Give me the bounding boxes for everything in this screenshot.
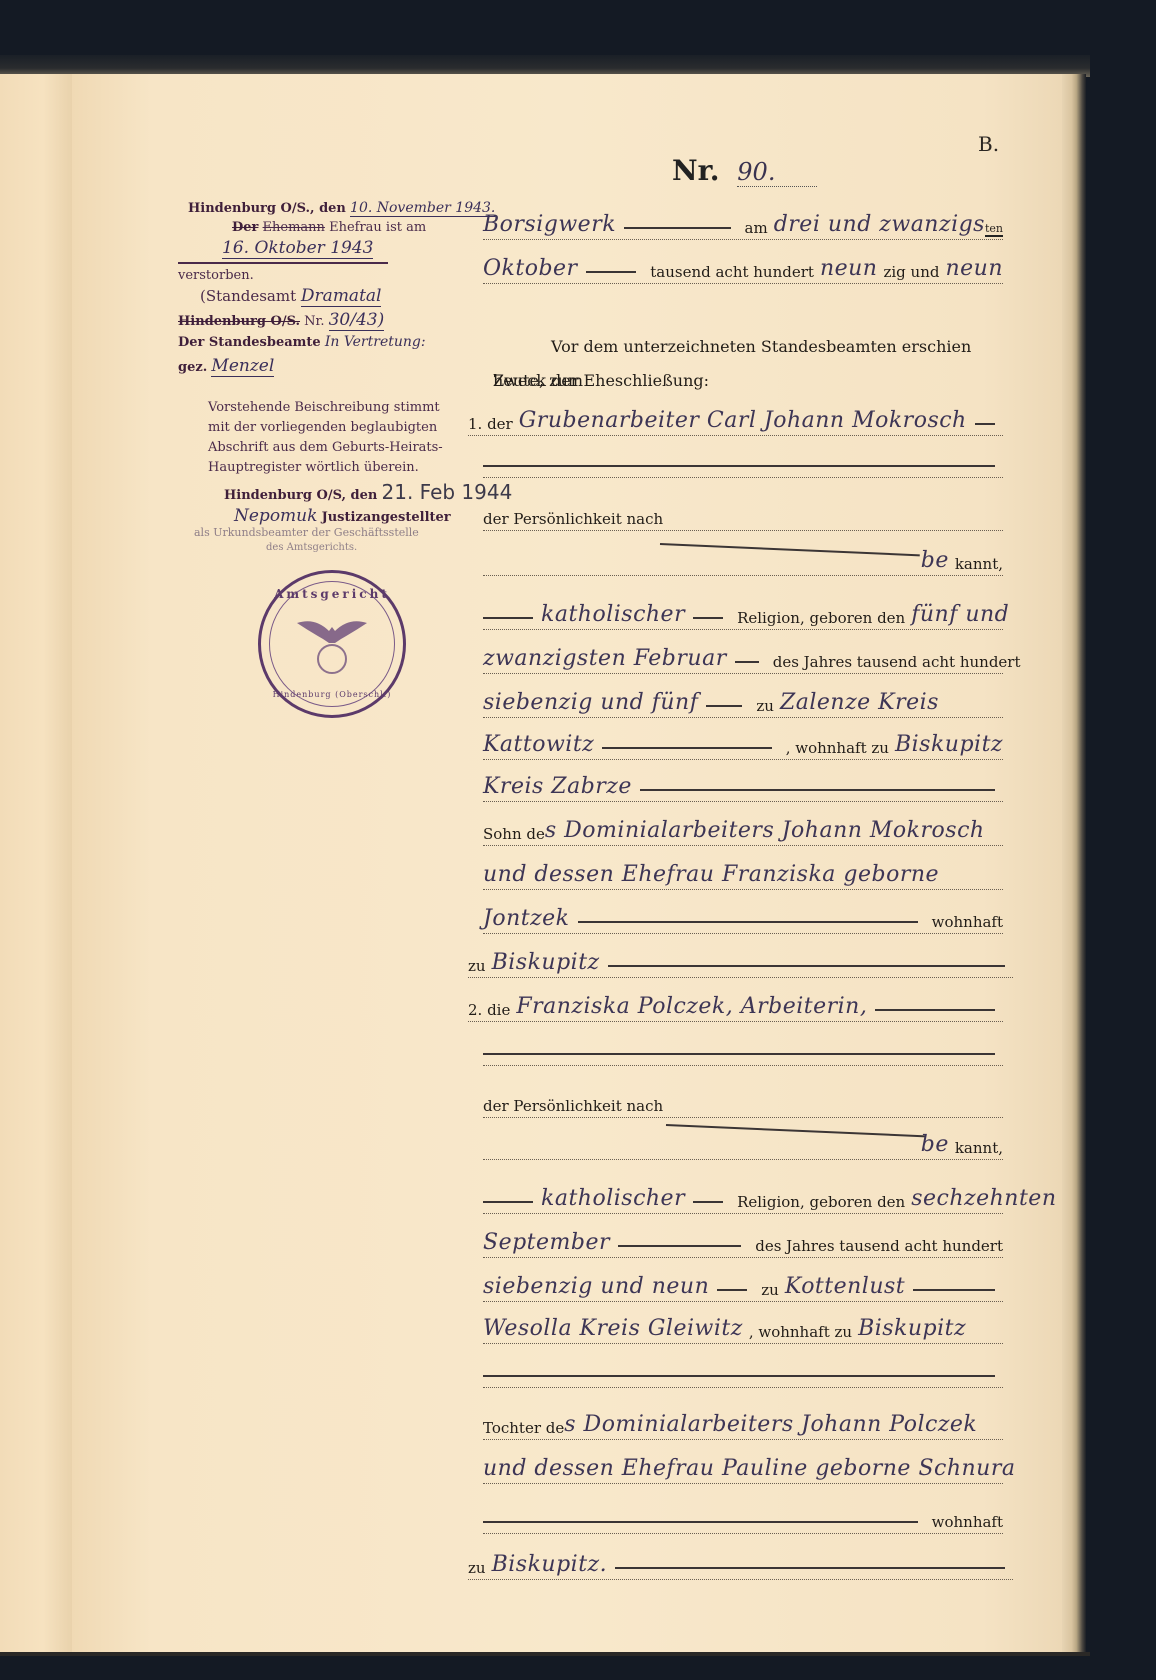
margin-line-7: Der Standesbeamte In Vertretung: xyxy=(178,334,426,350)
court-seal-stamp: Amtsgericht Hindenburg (Oberschl.) xyxy=(258,570,406,718)
cert-line-3: Abschrift aus dem Geburts-Heirats- xyxy=(208,440,443,455)
margin-line-3: 16. Oktober 1943 xyxy=(222,238,373,258)
groom-name-line: 1. der Grubenarbeiter Carl Johann Mokros… xyxy=(468,398,1003,436)
margin-line-5: (Standesamt Dramatal xyxy=(200,286,381,306)
residence-2-value: Kreis Zabrze xyxy=(483,774,632,799)
eagle-emblem-icon xyxy=(295,609,369,683)
year-tens-value: neun xyxy=(820,256,878,281)
parents-residence-label: wohnhaft xyxy=(932,913,1003,931)
cert-line-7: als Urkundsbeamter der Geschäftsstelle xyxy=(194,526,419,539)
religion-label: Religion, geboren den xyxy=(737,609,905,627)
day-value: drei und zwanzigs xyxy=(774,212,985,237)
groom-religion-line: katholischer Religion, geboren den fünf … xyxy=(483,592,1003,630)
bride-name-occupation: Franziska Polczek, Arbeiterin, xyxy=(516,994,867,1019)
entry-number-value: 90. xyxy=(737,158,817,187)
zu-label: zu xyxy=(468,957,486,975)
birth-place-value: Zalenze Kreis xyxy=(780,690,939,715)
bride-number-label: 2. die xyxy=(468,1001,510,1019)
residence-label: , wohnhaft zu xyxy=(749,1323,852,1341)
bride-birth-month-line: September des Jahres tausend acht hunder… xyxy=(483,1220,1003,1258)
groom-parents-residence-line: zu Biskupitz xyxy=(468,940,1013,978)
year-units-value: neun xyxy=(945,256,1003,281)
groom-residence-line: Kattowitz , wohnhaft zu Biskupitz xyxy=(483,722,1003,760)
birth-day-value: fünf und xyxy=(911,602,1009,627)
page-stack-edge xyxy=(1062,74,1086,1656)
father-value: s Dominialarbeiters Johann Mokrosch xyxy=(545,818,985,843)
identity-suffix: kannt, xyxy=(955,555,1003,573)
bride-residence-line: Wesolla Kreis Gleiwitz , wohnhaft zu Bis… xyxy=(483,1306,1003,1344)
cert-line-8: des Amtsgerichts. xyxy=(266,542,357,553)
page-letter: B. xyxy=(978,132,999,156)
am-label: am xyxy=(745,219,768,237)
cert-line-6: Nepomuk Justizangestellter xyxy=(234,506,451,526)
bride-father-line: Tochter de s Dominialarbeiters Johann Po… xyxy=(483,1402,1003,1440)
birth-month-value: September xyxy=(483,1230,610,1255)
year-label: des Jahres tausend acht hundert xyxy=(755,1237,1003,1255)
father-value: s Dominialarbeiters Johann Polczek xyxy=(564,1412,977,1437)
groom-blank-line xyxy=(483,440,1003,478)
birth-year-value: siebenzig und neun xyxy=(483,1274,709,1299)
margin-divider xyxy=(178,262,388,264)
groom-birth-year-line: siebenzig und fünf zu Zalenze Kreis xyxy=(483,680,1003,718)
registry-number: 30/43) xyxy=(329,310,385,331)
margin-date-1: 10. November 1943. xyxy=(350,200,495,217)
cert-line-2: mit der vorliegenden beglaubigten xyxy=(208,420,437,435)
mother-value: und dessen Ehefrau Franziska geborne xyxy=(483,862,939,887)
parents-residence-label: wohnhaft xyxy=(932,1513,1003,1531)
intro-line-2: Zweck der Eheschließung: xyxy=(493,364,1003,398)
birth-place-value: Kottenlust xyxy=(785,1274,905,1299)
religion-value: katholischer xyxy=(541,1186,685,1211)
filler-dash xyxy=(624,227,730,229)
cert-line-4: Hauptregister wörtlich überein. xyxy=(208,460,419,475)
margin-line-2: Der Ehemann Ehefrau ist am xyxy=(232,220,426,235)
book-bottom-edge xyxy=(0,1652,1090,1656)
groom-identity-line-2: be kannt, xyxy=(483,538,1003,576)
place-value: Borsigwerk xyxy=(483,212,616,237)
filler-dash xyxy=(975,423,995,425)
birth-year-value: siebenzig und fünf xyxy=(483,690,698,715)
residence-label: , wohnhaft zu xyxy=(786,739,889,757)
cert-line-5: Hindenburg O/S, den 21. Feb 1944 xyxy=(224,480,512,504)
bride-name-line: 2. die Franziska Polczek, Arbeiterin, xyxy=(468,984,1003,1022)
registry-office: Dramatal xyxy=(301,286,382,307)
residence-value: Biskupitz xyxy=(858,1316,966,1341)
identity-label: der Persönlichkeit nach xyxy=(483,510,663,528)
mother-value: und dessen Ehefrau Pauline geborne Schnu… xyxy=(483,1456,1015,1481)
entry-number-label: Nr. xyxy=(672,154,720,187)
religion-label: Religion, geboren den xyxy=(737,1193,905,1211)
margin-line-1: Hindenburg O/S., den 10. November 1943. xyxy=(188,200,495,216)
birth-place-2-value: Kattowitz xyxy=(483,732,594,757)
bride-religion-line: katholischer Religion, geboren den sechz… xyxy=(483,1176,1003,1214)
birth-place-2-value: Wesolla Kreis Gleiwitz xyxy=(483,1316,743,1341)
entry-number: Nr. 90. xyxy=(672,154,817,187)
identity-value: be xyxy=(921,548,949,573)
clerk-signature: Nepomuk xyxy=(234,506,317,526)
birth-day-value: sechzehnten xyxy=(911,1186,1056,1211)
birth-place-label: zu xyxy=(756,697,774,715)
parents-residence-value: Biskupitz xyxy=(492,950,600,975)
month-value: Oktober xyxy=(483,256,578,281)
residence-value: Biskupitz xyxy=(895,732,1003,757)
identity-label: der Persönlichkeit nach xyxy=(483,1097,663,1115)
groom-mother-maiden-line: Jontzek wohnhaft xyxy=(483,896,1003,934)
cert-date: 21. Feb 1944 xyxy=(382,480,513,504)
registrar-signature: Menzel xyxy=(211,356,274,377)
groom-birth-month-line: zwanzigsten Februar des Jahres tausend a… xyxy=(483,636,1003,674)
mother-maiden-value: Jontzek xyxy=(483,906,570,931)
groom-mother-line: und dessen Ehefrau Franziska geborne xyxy=(483,852,1003,890)
day-suffix: ten xyxy=(985,222,1003,237)
margin-line-8: gez. Menzel xyxy=(178,356,274,376)
seal-top-text: Amtsgericht xyxy=(261,587,403,601)
bride-parents-residence-label-line: wohnhaft xyxy=(483,1496,1003,1534)
zig-und-label: zig und xyxy=(883,263,939,281)
identity-value: be xyxy=(921,1132,949,1157)
year-label: des Jahres tausend acht hundert xyxy=(773,653,1021,671)
parents-label: Tochter de xyxy=(483,1419,564,1437)
filler-dash xyxy=(586,271,637,273)
zu-label: zu xyxy=(468,1559,486,1577)
bride-blank-line xyxy=(483,1028,1003,1066)
birth-day-2-value: zwanzigsten Februar xyxy=(483,646,727,671)
groom-identity-line: der Persönlichkeit nach xyxy=(483,493,1003,531)
left-page-edge xyxy=(0,74,73,1654)
parents-label: Sohn de xyxy=(483,825,545,843)
header-line-place-date: Borsigwerk am drei und zwanzigs ten xyxy=(483,202,1003,240)
cert-line-1: Vorstehende Beischreibung stimmt xyxy=(208,400,440,415)
identity-suffix: kannt, xyxy=(955,1139,1003,1157)
groom-father-line: Sohn de s Dominialarbeiters Johann Mokro… xyxy=(483,808,1003,846)
seal-bottom-text: Hindenburg (Oberschl.) xyxy=(261,690,403,699)
bride-blank-line-2 xyxy=(483,1350,1003,1388)
bride-parents-residence-line: zu Biskupitz. xyxy=(468,1542,1013,1580)
groom-number-label: 1. der xyxy=(468,415,513,433)
religion-value: katholischer xyxy=(541,602,685,627)
bride-birth-year-line: siebenzig und neun zu Kottenlust xyxy=(483,1264,1003,1302)
filler-dash xyxy=(483,465,995,467)
year-prefix: tausend acht hundert xyxy=(650,263,814,281)
header-line-month-year: Oktober tausend acht hundert neun zig un… xyxy=(483,246,1003,284)
bride-identity-line-2: be kannt, xyxy=(483,1122,1003,1160)
margin-line-4: verstorben. xyxy=(178,268,254,283)
margin-line-6: Hindenburg O/S. Nr. 30/43) xyxy=(178,310,384,330)
death-date: 16. Oktober 1943 xyxy=(222,238,373,259)
parents-residence-value: Biskupitz. xyxy=(492,1552,608,1577)
groom-occupation-name: Grubenarbeiter Carl Johann Mokrosch xyxy=(519,408,967,433)
bride-mother-line: und dessen Ehefrau Pauline geborne Schnu… xyxy=(483,1446,1003,1484)
groom-residence-2-line: Kreis Zabrze xyxy=(483,764,1003,802)
birth-place-label: zu xyxy=(761,1281,779,1299)
bride-identity-line: der Persönlichkeit nach xyxy=(483,1080,1003,1118)
